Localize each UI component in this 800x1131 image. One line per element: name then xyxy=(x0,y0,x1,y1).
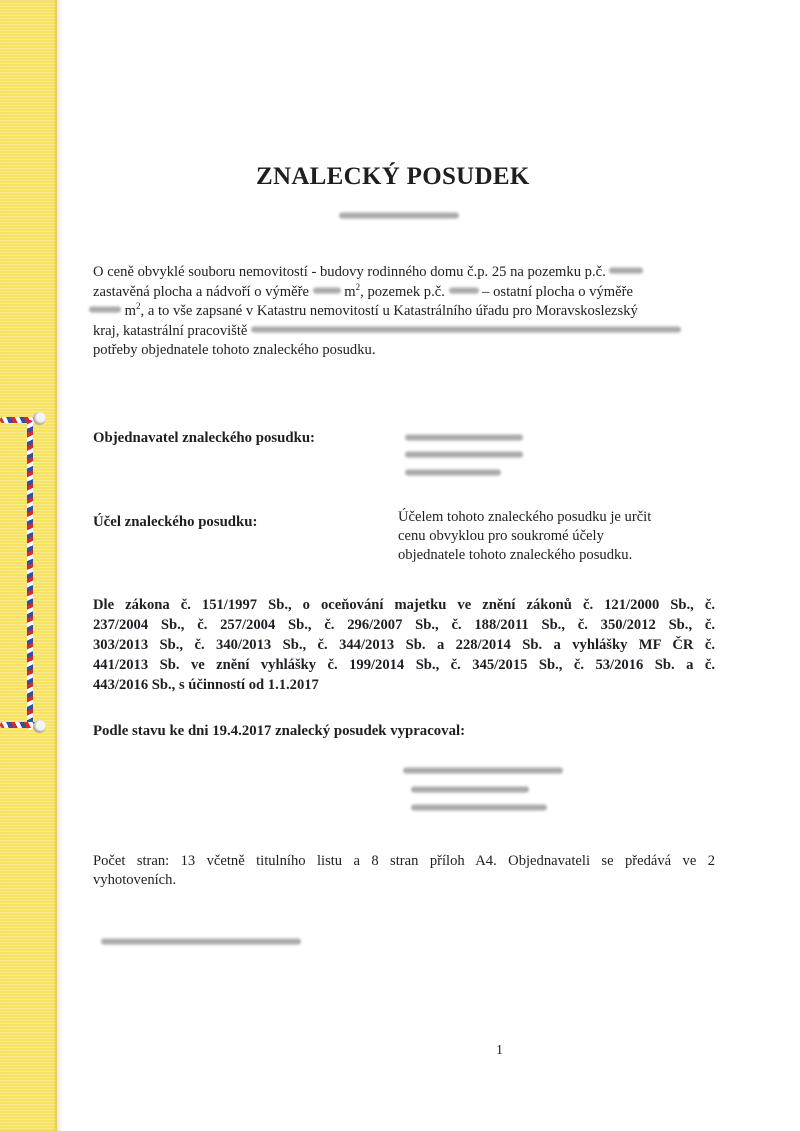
redacted-footer-line xyxy=(101,938,301,945)
redacted-client-line-2 xyxy=(405,451,523,458)
redacted-parcel-number xyxy=(609,267,643,274)
intro-paragraph: O ceně obvyklé souboru nemovitostí - bud… xyxy=(93,263,715,361)
purpose-label: Účel znaleckého posudku: xyxy=(93,514,257,531)
legal-basis-paragraph: Dle zákona č. 151/1997 Sb., o oceňování … xyxy=(93,595,715,695)
author-label: Podle stavu ke dni 19.4.2017 znalecký po… xyxy=(93,723,465,740)
redacted-author-line-2 xyxy=(411,786,529,793)
redacted-cadastral-office xyxy=(251,326,681,333)
page-number: 1 xyxy=(496,1043,503,1059)
intro-line-5: potřeby objednatele tohoto znaleckého po… xyxy=(93,341,715,361)
redacted-client-line-1 xyxy=(405,434,523,441)
redacted-area-2 xyxy=(89,306,121,313)
punch-hole-top xyxy=(33,412,46,425)
page-count-paragraph: Počet stran: 13 včetně titulního listu a… xyxy=(93,852,715,890)
redacted-area xyxy=(313,287,341,294)
intro-line-4: kraj, katastrální pracoviště xyxy=(93,322,715,342)
tricolor-binding-cord xyxy=(27,420,33,730)
redacted-subtitle xyxy=(339,212,459,219)
purpose-text: Účelem tohoto znaleckého posudku je urči… xyxy=(398,508,718,565)
client-label: Objednavatel znaleckého posudku: xyxy=(93,430,315,447)
punch-hole-bottom xyxy=(33,720,46,733)
intro-line-1: O ceně obvyklé souboru nemovitostí - bud… xyxy=(93,263,715,283)
redacted-client-line-3 xyxy=(405,469,501,476)
redacted-author-line-1 xyxy=(403,767,563,774)
redacted-parcel-number-2 xyxy=(449,287,479,294)
document-title: ZNALECKÝ POSUDEK xyxy=(256,163,530,191)
page-edge-shadow xyxy=(57,0,63,1131)
intro-line-2: zastavěná plocha a nádvoří o výměře m2, … xyxy=(93,283,715,303)
redacted-author-line-3 xyxy=(411,804,547,811)
intro-line-3: m2, a to vše zapsané v Katastru nemovito… xyxy=(93,302,715,322)
